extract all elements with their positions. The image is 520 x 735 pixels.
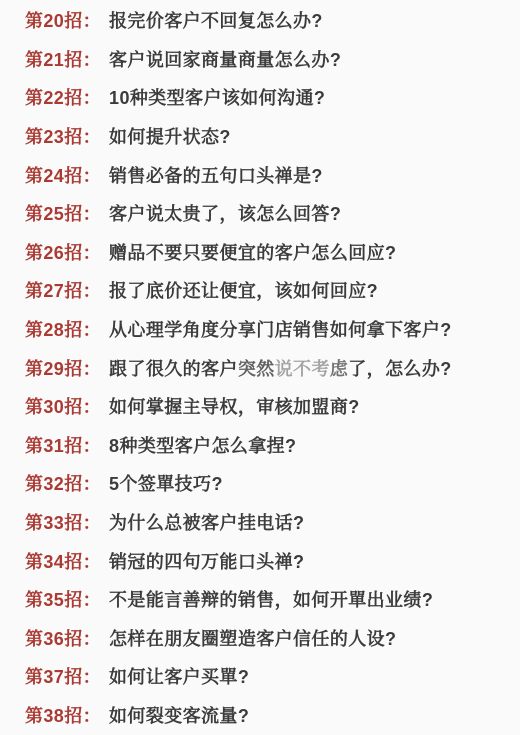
item-number-label: 第28招： bbox=[25, 316, 101, 342]
list-item: 第21招：客户说回家商量商量怎么办? bbox=[25, 40, 510, 79]
item-number-label: 第27招： bbox=[25, 277, 101, 303]
list-item: 第27招：报了底价还让便宜，该如何回应? bbox=[25, 271, 510, 310]
question-list-page: 第20招：报完价客户不回复怎么办?第21招：客户说回家商量商量怎么办?第22招：… bbox=[0, 0, 520, 735]
list-item: 第36招：怎样在朋友圈塑造客户信任的人设? bbox=[25, 619, 510, 658]
item-question-text: 5个签單技巧? bbox=[109, 470, 223, 496]
item-question-text: 销售必备的五句口头禅是? bbox=[109, 162, 323, 188]
list-item: 第32招：5个签單技巧? bbox=[25, 464, 510, 503]
item-question-text: 如何让客户买單? bbox=[109, 663, 249, 689]
item-question-text: 如何裂变客流量? bbox=[109, 702, 249, 728]
item-number-label: 第30招： bbox=[25, 393, 101, 419]
item-question-text: 10种类型客户该如何沟通? bbox=[109, 84, 325, 110]
list-item: 第22招：10种类型客户该如何沟通? bbox=[25, 78, 510, 117]
list-item: 第37招：如何让客户买單? bbox=[25, 657, 510, 696]
list-item: 第24招：销售必备的五句口头禅是? bbox=[25, 155, 510, 194]
list-item: 第38招：如何裂变客流量? bbox=[25, 696, 510, 735]
list-item: 第26招：赠品不要只要便宜的客户怎么回应? bbox=[25, 233, 510, 272]
item-number-label: 第33招： bbox=[25, 509, 101, 535]
item-question-text: 赠品不要只要便宜的客户怎么回应? bbox=[109, 239, 396, 265]
item-number-label: 第34招： bbox=[25, 548, 101, 574]
item-question-text: 从心理学角度分享门店销售如何拿下客户? bbox=[109, 316, 452, 342]
list-item: 第35招：不是能言善辩的销售，如何开單出业绩? bbox=[25, 580, 510, 619]
question-list: 第20招：报完价客户不回复怎么办?第21招：客户说回家商量商量怎么办?第22招：… bbox=[25, 1, 510, 734]
item-question-text: 如何掌握主导权，审核加盟商? bbox=[109, 393, 360, 419]
item-number-label: 第32招： bbox=[25, 470, 101, 496]
list-item: 第28招：从心理学角度分享门店销售如何拿下客户? bbox=[25, 310, 510, 349]
item-number-label: 第24招： bbox=[25, 162, 101, 188]
list-item: 第20招：报完价客户不回复怎么办? bbox=[25, 1, 510, 40]
question-segment: 了，怎么办? bbox=[348, 359, 451, 379]
list-item: 第29招：跟了很久的客户突然说不考虑了，怎么办? bbox=[25, 348, 510, 387]
question-segment: 说不考 bbox=[275, 359, 330, 379]
item-number-label: 第29招： bbox=[25, 355, 101, 381]
list-item: 第33招：为什么总被客户挂电话? bbox=[25, 503, 510, 542]
list-item: 第30招：如何掌握主导权，审核加盟商? bbox=[25, 387, 510, 426]
list-item: 第23招：如何提升状态? bbox=[25, 117, 510, 156]
item-number-label: 第37招： bbox=[25, 663, 101, 689]
item-number-label: 第35招： bbox=[25, 586, 101, 612]
item-number-label: 第22招： bbox=[25, 84, 101, 110]
item-number-label: 第38招： bbox=[25, 702, 101, 728]
item-question-text: 为什么总被客户挂电话? bbox=[109, 509, 304, 535]
item-question-text: 客户说太贵了，该怎么回答? bbox=[109, 200, 341, 226]
item-number-label: 第31招： bbox=[25, 432, 101, 458]
item-number-label: 第21招： bbox=[25, 46, 101, 72]
item-number-label: 第25招： bbox=[25, 200, 101, 226]
item-number-label: 第26招： bbox=[25, 239, 101, 265]
item-question-text: 8种类型客户怎么拿捏? bbox=[109, 432, 296, 458]
list-item: 第25招：客户说太贵了，该怎么回答? bbox=[25, 194, 510, 233]
item-question-text: 不是能言善辩的销售，如何开單出业绩? bbox=[109, 586, 433, 612]
item-number-label: 第23招： bbox=[25, 123, 101, 149]
list-item: 第31招：8种类型客户怎么拿捏? bbox=[25, 426, 510, 465]
item-question-text: 怎样在朋友圈塑造客户信任的人设? bbox=[109, 625, 396, 651]
item-question-text: 报完价客户不回复怎么办? bbox=[109, 7, 323, 33]
question-segment: 跟了很久的客户 bbox=[109, 359, 238, 379]
item-question-text: 跟了很久的客户突然说不考虑了，怎么办? bbox=[109, 355, 452, 381]
item-question-text: 销冠的四句万能口头禅? bbox=[109, 548, 304, 574]
item-number-label: 第36招： bbox=[25, 625, 101, 651]
question-segment: 突然 bbox=[238, 359, 275, 379]
question-segment: 虑 bbox=[330, 359, 348, 379]
item-question-text: 如何提升状态? bbox=[109, 123, 231, 149]
list-item: 第34招：销冠的四句万能口头禅? bbox=[25, 541, 510, 580]
item-number-label: 第20招： bbox=[25, 7, 101, 33]
item-question-text: 客户说回家商量商量怎么办? bbox=[109, 46, 341, 72]
item-question-text: 报了底价还让便宜，该如何回应? bbox=[109, 277, 378, 303]
